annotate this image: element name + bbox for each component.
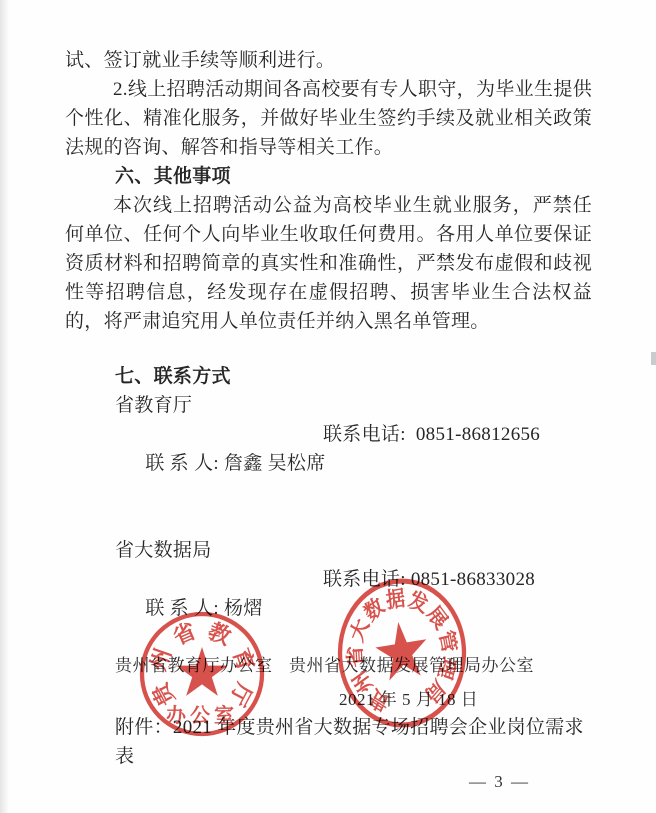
paragraph-section-6: 本次线上招聘活动公益为高校毕业生就业服务，严禁任何单位、任何个人向毕业生收取任何… (65, 191, 592, 336)
signature-org-right: 贵州省大数据发展管理局办公室 (289, 651, 534, 676)
document-page: 试、签订就业手续等顺利进行。 2.线上招聘活动期间各高校要有专人职守，为毕业生提… (0, 0, 656, 813)
contact-person-2: 联 系 人: 杨熠 (145, 598, 262, 619)
contact-phone-1: 联系电话: 0851-86812656 (323, 420, 540, 449)
contact-phone-2: 联系电话: 0851-86833028 (323, 565, 535, 594)
section-heading-7: 七、联系方式 (65, 362, 592, 391)
org-education-dept: 省教育厅 (65, 391, 592, 420)
section-heading-6: 六、其他事项 (65, 162, 592, 191)
signature-date: 2021 年 5 月 18 日 (339, 685, 478, 710)
page-number: — 3 — (469, 772, 530, 792)
paragraph-online-duty: 2.线上招聘活动期间各高校要有专人职守，为毕业生提供个性化、精准化服务，并做好毕… (65, 75, 592, 162)
signature-org-left: 贵州省教育厅办公室 (115, 651, 273, 676)
attachment-line: 附件：2021 年度贵州省大数据专场招聘会企业岗位需求表 (65, 713, 592, 771)
paragraph-continuation: 试、签订就业手续等顺利进行。 (65, 46, 592, 75)
contact-person-1: 联 系 人: 詹鑫 吴松席 (145, 453, 325, 474)
org-bigdata-bureau: 省大数据局 (65, 536, 592, 565)
contact-row-1: 联 系 人: 詹鑫 吴松席 联系电话: 0851-86812656 (65, 420, 592, 536)
